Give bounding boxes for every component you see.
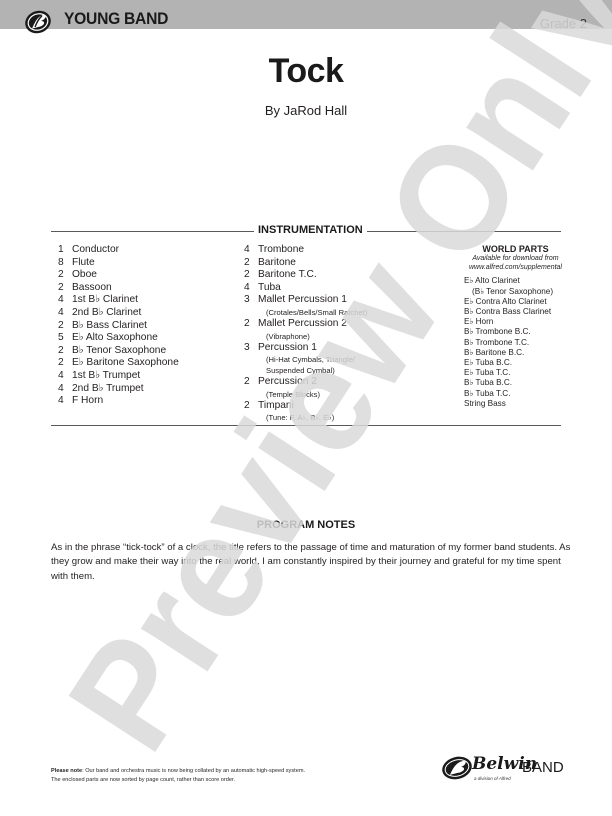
instrumentation-bottom-rule	[51, 425, 561, 426]
world-parts: WORLD PARTS Available for download from …	[458, 244, 573, 409]
collation-note: Please note: Our band and orchestra musi…	[51, 767, 305, 785]
instrument-note: Suspended Cymbal)	[266, 365, 367, 376]
instrument-name: Oboe	[72, 269, 97, 282]
instrument-note: (Tune: F, A♭, B♭, E♭)	[266, 412, 367, 423]
instrument-quantity: 4	[58, 383, 72, 396]
instrument-row: 2Bassoon	[58, 282, 179, 295]
instrument-name: Bassoon	[72, 282, 112, 295]
instrument-quantity: 4	[58, 370, 72, 383]
belwin-b-logo-icon	[23, 7, 53, 37]
instrument-row: 4Trombone	[244, 244, 367, 257]
instrument-quantity: 5	[58, 332, 72, 345]
instrument-name: Baritone T.C.	[258, 269, 317, 282]
instrument-name: 1st B♭ Clarinet	[72, 294, 138, 307]
world-part-item: B♭ Contra Bass Clarinet	[464, 307, 573, 317]
publisher-logo: Belwin BAND a division of Alfred	[440, 754, 580, 788]
instrument-quantity: 2	[58, 345, 72, 358]
instrument-name: Timpani	[258, 400, 294, 413]
instrument-quantity: 3	[244, 294, 258, 307]
instrument-name: B♭ Bass Clarinet	[72, 320, 147, 333]
instrument-name: E♭ Alto Saxophone	[72, 332, 158, 345]
instrument-quantity: 2	[244, 257, 258, 270]
world-part-item: (B♭ Tenor Saxophone)	[464, 287, 573, 297]
world-part-item: String Bass	[464, 399, 573, 409]
instrument-note: (Crotales/Bells/Small Ratchet)	[266, 307, 367, 318]
instrument-quantity: 4	[244, 282, 258, 295]
series-name: YOUNG BAND	[64, 9, 168, 29]
instrument-row: 1Conductor	[58, 244, 179, 257]
instrument-name: Mallet Percussion 2	[258, 318, 347, 331]
instrument-row: 2B♭ Bass Clarinet	[58, 320, 179, 333]
instrument-name: F Horn	[72, 395, 103, 408]
instrument-row: 3Mallet Percussion 1	[244, 294, 367, 307]
piece-title: Tock	[0, 52, 612, 91]
instrument-row: 2Mallet Percussion 2	[244, 318, 367, 331]
world-parts-subtitle: Available for download from	[458, 255, 573, 264]
instrument-name: 1st B♭ Trumpet	[72, 370, 140, 383]
publisher-band-label: BAND	[522, 759, 564, 776]
belwin-b-emblem-icon	[440, 754, 474, 784]
instrument-row: 4Tuba	[244, 282, 367, 295]
publisher-subtitle: a division of Alfred	[474, 776, 511, 781]
instrument-quantity: 4	[58, 307, 72, 320]
instrument-row: 2E♭ Baritone Saxophone	[58, 357, 179, 370]
instrument-row: 4F Horn	[58, 395, 179, 408]
world-part-item: B♭ Baritone B.C.	[464, 348, 573, 358]
instrument-row: 2B♭ Tenor Saxophone	[58, 345, 179, 358]
instrument-name: Conductor	[72, 244, 119, 257]
instrumentation-column-2: 4Trombone2Baritone2Baritone T.C.4Tuba3Ma…	[244, 244, 367, 423]
world-part-item: B♭ Tuba B.C.	[464, 378, 573, 388]
world-part-item: E♭ Horn	[464, 317, 573, 327]
instrument-name: E♭ Baritone Saxophone	[72, 357, 179, 370]
instrument-quantity: 1	[58, 244, 72, 257]
world-part-item: E♭ Alto Clarinet	[464, 276, 573, 286]
program-notes-heading: PROGRAM NOTES	[0, 519, 612, 531]
world-part-item: B♭ Trombone T.C.	[464, 338, 573, 348]
instrument-quantity: 8	[58, 257, 72, 270]
world-part-item: B♭ Trombone B.C.	[464, 327, 573, 337]
instrument-row: 41st B♭ Trumpet	[58, 370, 179, 383]
instrument-quantity: 2	[244, 269, 258, 282]
instrument-quantity: 4	[58, 395, 72, 408]
instrument-name: 2nd B♭ Clarinet	[72, 307, 141, 320]
instrument-row: 3Percussion 1	[244, 342, 367, 355]
instrumentation-column-1: 1Conductor8Flute2Oboe2Bassoon41st B♭ Cla…	[58, 244, 179, 408]
instrument-row: 2Percussion 2	[244, 376, 367, 389]
instrument-quantity: 4	[58, 294, 72, 307]
composer: By JaRod Hall	[0, 103, 612, 118]
instrument-quantity: 3	[244, 342, 258, 355]
instrument-quantity: 4	[244, 244, 258, 257]
instrument-name: Flute	[72, 257, 95, 270]
collation-note-line2: The enclosed parts are now sorted by pag…	[51, 777, 235, 783]
instrument-quantity: 2	[244, 376, 258, 389]
instrument-quantity: 2	[244, 318, 258, 331]
program-notes-body: As in the phrase “tick-tock” of a clock,…	[51, 541, 571, 584]
instrument-name: Percussion 1	[258, 342, 317, 355]
instrument-row: 41st B♭ Clarinet	[58, 294, 179, 307]
instrument-quantity: 2	[244, 400, 258, 413]
instrument-note: (Hi-Hat Cymbals, Triangle/	[266, 354, 367, 365]
instrument-name: 2nd B♭ Trumpet	[72, 383, 144, 396]
instrument-row: 8Flute	[58, 257, 179, 270]
instrument-name: Mallet Percussion 1	[258, 294, 347, 307]
world-parts-list: E♭ Alto Clarinet(B♭ Tenor Saxophone)E♭ C…	[464, 276, 573, 409]
world-part-item: E♭ Tuba B.C.	[464, 358, 573, 368]
instrument-name: Percussion 2	[258, 376, 317, 389]
instrument-name: Baritone	[258, 257, 296, 270]
instrument-row: 2Baritone	[244, 257, 367, 270]
collation-note-line1: : Our band and orchestra music is now be…	[82, 768, 305, 774]
instrument-note: (Vibraphone)	[266, 331, 367, 342]
world-part-item: E♭ Tuba T.C.	[464, 368, 573, 378]
instrument-row: 2Timpani	[244, 400, 367, 413]
instrument-row: 2Oboe	[58, 269, 179, 282]
instrumentation-heading: INSTRUMENTATION	[254, 224, 367, 236]
instrument-quantity: 2	[58, 357, 72, 370]
instrument-quantity: 2	[58, 320, 72, 333]
instrument-row: 42nd B♭ Trumpet	[58, 383, 179, 396]
instrument-quantity: 2	[58, 269, 72, 282]
instrument-note: (Temple Blocks)	[266, 389, 367, 400]
instrument-row: 42nd B♭ Clarinet	[58, 307, 179, 320]
collation-note-label: Please note	[51, 768, 82, 774]
grade-label: Grade 2	[540, 16, 587, 31]
world-part-item: E♭ Contra Alto Clarinet	[464, 297, 573, 307]
instrument-name: Trombone	[258, 244, 304, 257]
world-part-item: B♭ Tuba T.C.	[464, 389, 573, 399]
instrument-row: 2Baritone T.C.	[244, 269, 367, 282]
instrument-name: Tuba	[258, 282, 281, 295]
world-parts-url[interactable]: www.alfred.com/supplemental	[458, 264, 573, 273]
instrument-name: B♭ Tenor Saxophone	[72, 345, 166, 358]
world-parts-heading: WORLD PARTS	[458, 244, 573, 254]
instrument-row: 5E♭ Alto Saxophone	[58, 332, 179, 345]
instrument-quantity: 2	[58, 282, 72, 295]
